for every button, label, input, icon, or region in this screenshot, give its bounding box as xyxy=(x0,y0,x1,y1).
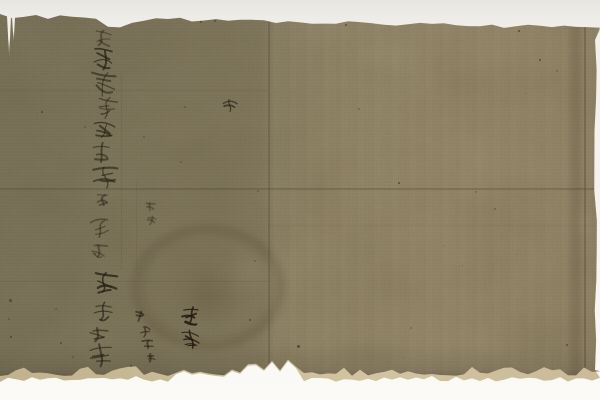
calligraphy-character xyxy=(93,166,118,188)
calligraphy-character xyxy=(141,327,150,337)
calligraphy-character xyxy=(93,143,109,163)
calligraphy-character xyxy=(147,216,156,225)
calligraphy-character xyxy=(94,302,112,320)
calligraphy-character xyxy=(97,194,108,205)
calligraphy-character xyxy=(182,307,198,325)
calligraphy-character xyxy=(96,31,111,46)
calligraphy-character xyxy=(148,354,156,362)
calligraphy-character xyxy=(94,49,112,70)
calligraphy-character xyxy=(136,311,144,321)
calligraphy-character xyxy=(99,97,118,118)
manuscript-photo xyxy=(0,0,600,400)
calligraphy-character xyxy=(182,330,200,349)
calligraphy-character xyxy=(94,122,115,138)
calligraphy-character xyxy=(90,343,113,367)
calligraphy-character xyxy=(91,245,107,258)
calligraphy-character xyxy=(142,340,153,348)
calligraphy-character xyxy=(92,72,116,96)
calligraphy-character xyxy=(223,100,237,112)
manuscript-paper xyxy=(0,0,600,400)
ink-inscriptions xyxy=(0,0,600,400)
calligraphy-character xyxy=(90,328,108,342)
calligraphy-character xyxy=(147,203,156,211)
calligraphy-character xyxy=(90,219,108,238)
calligraphy-character xyxy=(95,272,117,293)
